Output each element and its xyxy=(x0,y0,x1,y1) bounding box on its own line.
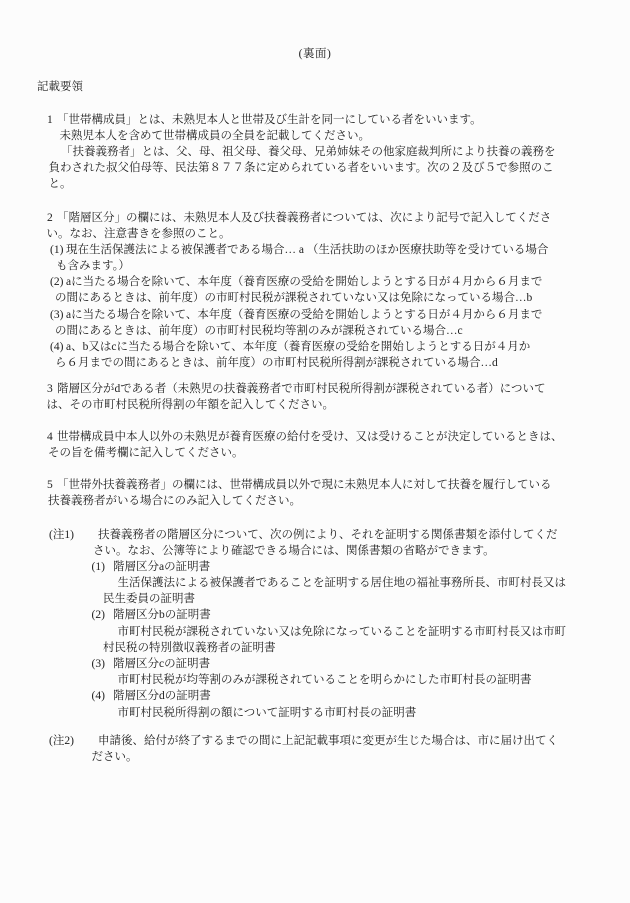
text-line: 4世帯構成員中本人以外の未熟児が養育医療の給付を受け、又は受けることが決定してい… xyxy=(0,431,630,447)
text-line: (2)aに当たる場合を除いて、本年度（養育医療の受給を開始しようとする日が４月か… xyxy=(0,276,630,292)
line-text: い。なお、注意書きを参照のこと。 xyxy=(47,228,231,241)
section-item-1: 1「世帯構成員」とは、未熟児本人と世帯及び生計を同一にしている者をいいます。未熟… xyxy=(0,114,630,195)
text-line: (1)階層区分aの証明書 xyxy=(0,561,630,577)
line-marker: 2 xyxy=(47,212,53,225)
text-line: 3階層区分がdである者（未熟児の扶養義務者で市町村民税所得割が課税されている者）… xyxy=(0,383,630,399)
section-note-1: (注1)扶養義務者の階層区分について、次の例により、それを証明する関係書類を添付… xyxy=(0,529,630,723)
line-marker: (1) xyxy=(50,244,63,257)
text-line: (4)a、b又はcに当たる場合を除いて、本年度（養育医療の受給を開始しようとする… xyxy=(0,341,630,357)
document-page: (裏面) 記載要領 1「世帯構成員」とは、未熟児本人と世帯及び生計を同一にしてい… xyxy=(0,0,630,903)
line-marker: 3 xyxy=(47,383,53,396)
text-line: 1「世帯構成員」とは、未熟児本人と世帯及び生計を同一にしている者をいいます。 xyxy=(0,114,630,130)
line-text: も含みます。） xyxy=(56,260,130,273)
line-text: 階層区分がdである者（未熟児の扶養義務者で市町村民税所得割が課税されている者）に… xyxy=(57,383,546,396)
line-text: 「世帯構成員」とは、未熟児本人と世帯及び生計を同一にしている者をいいます。 xyxy=(57,114,482,127)
text-line: (3)階層区分cの証明書 xyxy=(0,658,630,674)
line-text: 生活保護法による被保護者であることを証明する居住地の福祉事務所長、市町村長又は xyxy=(118,577,567,590)
line-text: の間にあるときは、前年度）の市町村民税が課税されていない又は免除になっている場合… xyxy=(55,292,532,305)
line-text: 世帯構成員中本人以外の未熟児が養育医療の給付を受け、又は受けることが決定している… xyxy=(57,431,563,444)
text-line: 未熟児本人を含めて世帯構成員の全員を記載してください。 xyxy=(0,130,630,146)
text-line: 「扶養義務者」とは、父、母、祖父母、養父母、兄弟姉妹その他家庭裁判所により扶養の… xyxy=(0,146,630,162)
line-text: 「世帯外扶養義務者」の欄には、世帯構成員以外で現に未熟児本人に対して扶養を履行し… xyxy=(57,479,552,492)
line-text: その旨を備考欄に記入してください。 xyxy=(48,447,244,460)
text-line: の間にあるときは、前年度）の市町村民税が課税されていない又は免除になっている場合… xyxy=(0,292,630,308)
text-line: ら６月までの間にあるときは、前年度）の市町村民税所得割が課税されている場合…d xyxy=(0,357,630,373)
text-line: は、その市町村民税所得割の年額を記入してください。 xyxy=(0,399,630,415)
text-line: も含みます。） xyxy=(0,260,630,276)
line-marker: (注1) xyxy=(49,529,74,542)
line-marker: (4) xyxy=(92,690,105,703)
line-text: と。 xyxy=(49,178,72,191)
line-marker: (1) xyxy=(92,561,105,574)
line-text: 民生委員の証明書 xyxy=(103,593,195,606)
line-marker: (注2) xyxy=(49,735,74,748)
section-item-2: 2「階層区分」の欄には、未熟児本人及び扶養義務者については、次により記号で記入し… xyxy=(0,212,630,374)
text-line: (4)階層区分dの証明書 xyxy=(0,690,630,706)
text-line: 2「階層区分」の欄には、未熟児本人及び扶養義務者については、次により記号で記入し… xyxy=(0,212,630,228)
page-side-title: (裏面) xyxy=(0,45,630,61)
line-text: 市町村民税が均等割のみが課税されていることを明らかにした市町村長の証明書 xyxy=(118,674,532,687)
line-text: 扶養義務者がいる場合にのみ記入してください。 xyxy=(48,495,301,508)
line-text: さい。なお、公簿等により確認できる場合には、関係書類の省略ができます。 xyxy=(93,545,495,558)
line-text: 市町村民税所得割の額について証明する市町村長の証明書 xyxy=(118,707,417,720)
text-line: 市町村民税が課税されていない又は免除になっていることを証明する市町村長又は市町 xyxy=(0,626,630,642)
text-line: の間にあるときは、前年度）の市町村民税均等割のみが課税されている場合…c xyxy=(0,325,630,341)
text-line: 村民税の特別徴収義務者の証明書 xyxy=(0,642,630,658)
line-text: の間にあるときは、前年度）の市町村民税均等割のみが課税されている場合…c xyxy=(55,325,463,338)
line-text: は、その市町村民税所得割の年額を記入してください。 xyxy=(47,399,335,412)
text-line: その旨を備考欄に記入してください。 xyxy=(0,447,630,463)
line-text: 階層区分bの証明書 xyxy=(113,609,211,622)
document-heading: 記載要領 xyxy=(37,78,83,94)
text-line: い。なお、注意書きを参照のこと。 xyxy=(0,228,630,244)
text-line: 民生委員の証明書 xyxy=(0,593,630,609)
line-text: 市町村民税が課税されていない又は免除になっていることを証明する市町村長又は市町 xyxy=(118,626,567,639)
section-note-2: (注2)申請後、給付が終了するまでの間に上記記載事項に変更が生じた場合は、市に届… xyxy=(0,735,630,767)
text-line: さい。なお、公簿等により確認できる場合には、関係書類の省略ができます。 xyxy=(0,545,630,561)
text-line: 5「世帯外扶養義務者」の欄には、世帯構成員以外で現に未熟児本人に対して扶養を履行… xyxy=(0,479,630,495)
line-marker: (4) xyxy=(50,341,63,354)
line-text: 「扶養義務者」とは、父、母、祖父母、養父母、兄弟姉妹その他家庭裁判所により扶養の… xyxy=(61,146,556,159)
text-line: 市町村民税所得割の額について証明する市町村長の証明書 xyxy=(0,707,630,723)
line-text: 未熟児本人を含めて世帯構成員の全員を記載してください。 xyxy=(60,130,371,143)
text-line: 扶養義務者がいる場合にのみ記入してください。 xyxy=(0,495,630,511)
line-marker: (3) xyxy=(50,309,63,322)
section-item-4: 4世帯構成員中本人以外の未熟児が養育医療の給付を受け、又は受けることが決定してい… xyxy=(0,431,630,463)
text-line: 市町村民税が均等割のみが課税されていることを明らかにした市町村長の証明書 xyxy=(0,674,630,690)
line-text: 申請後、給付が終了するまでの間に上記記載事項に変更が生じた場合は、市に届け出てく xyxy=(98,735,558,748)
section-item-5: 5「世帯外扶養義務者」の欄には、世帯構成員以外で現に未熟児本人に対して扶養を履行… xyxy=(0,479,630,511)
text-line: ださい。 xyxy=(0,751,630,767)
line-text: 現在生活保護法による被保護者である場合… a （生活扶助のほか医療扶助等を受けて… xyxy=(66,244,548,257)
line-text: ら６月までの間にあるときは、前年度）の市町村民税所得割が課税されている場合…d xyxy=(55,357,498,370)
text-line: と。 xyxy=(0,178,630,194)
text-line: (注1)扶養義務者の階層区分について、次の例により、それを証明する関係書類を添付… xyxy=(0,529,630,545)
text-line: 負わされた叔父伯母等、民法第８７７条に定められている者をいいます。次の２及び５で… xyxy=(0,162,630,178)
line-text: 負わされた叔父伯母等、民法第８７７条に定められている者をいいます。次の２及び５で… xyxy=(49,162,554,175)
text-line: (1)現在生活保護法による被保護者である場合… a （生活扶助のほか医療扶助等を… xyxy=(0,244,630,260)
text-line: 生活保護法による被保護者であることを証明する居住地の福祉事務所長、市町村長又は xyxy=(0,577,630,593)
line-text: 階層区分cの証明書 xyxy=(113,658,210,671)
text-line: (注2)申請後、給付が終了するまでの間に上記記載事項に変更が生じた場合は、市に届… xyxy=(0,735,630,751)
line-marker: 1 xyxy=(47,114,53,127)
line-text: 階層区分aの証明書 xyxy=(113,561,210,574)
line-marker: (2) xyxy=(92,609,105,622)
text-line: (2)階層区分bの証明書 xyxy=(0,609,630,625)
line-text: 「階層区分」の欄には、未熟児本人及び扶養義務者については、次により記号で記入して… xyxy=(57,212,551,225)
line-text: 階層区分dの証明書 xyxy=(113,690,211,703)
line-text: 扶養義務者の階層区分について、次の例により、それを証明する関係書類を添付してくだ xyxy=(98,529,558,542)
line-marker: (3) xyxy=(92,658,105,671)
line-text: aに当たる場合を除いて、本年度（養育医療の受給を開始しようとする日が４月から６月… xyxy=(66,276,542,289)
line-marker: (2) xyxy=(50,276,63,289)
line-marker: 5 xyxy=(47,479,53,492)
line-text: ださい。 xyxy=(92,751,138,764)
section-item-3: 3階層区分がdである者（未熟児の扶養義務者で市町村民税所得割が課税されている者）… xyxy=(0,383,630,415)
line-text: a、b又はcに当たる場合を除いて、本年度（養育医療の受給を開始しようとする日が４… xyxy=(66,341,530,354)
line-text: 村民税の特別徴収義務者の証明書 xyxy=(103,642,276,655)
line-marker: 4 xyxy=(47,431,53,444)
line-text: aに当たる場合を除いて、本年度（養育医療の受給を開始しようとする日が４月から６月… xyxy=(66,309,542,322)
text-line: (3)aに当たる場合を除いて、本年度（養育医療の受給を開始しようとする日が４月か… xyxy=(0,309,630,325)
